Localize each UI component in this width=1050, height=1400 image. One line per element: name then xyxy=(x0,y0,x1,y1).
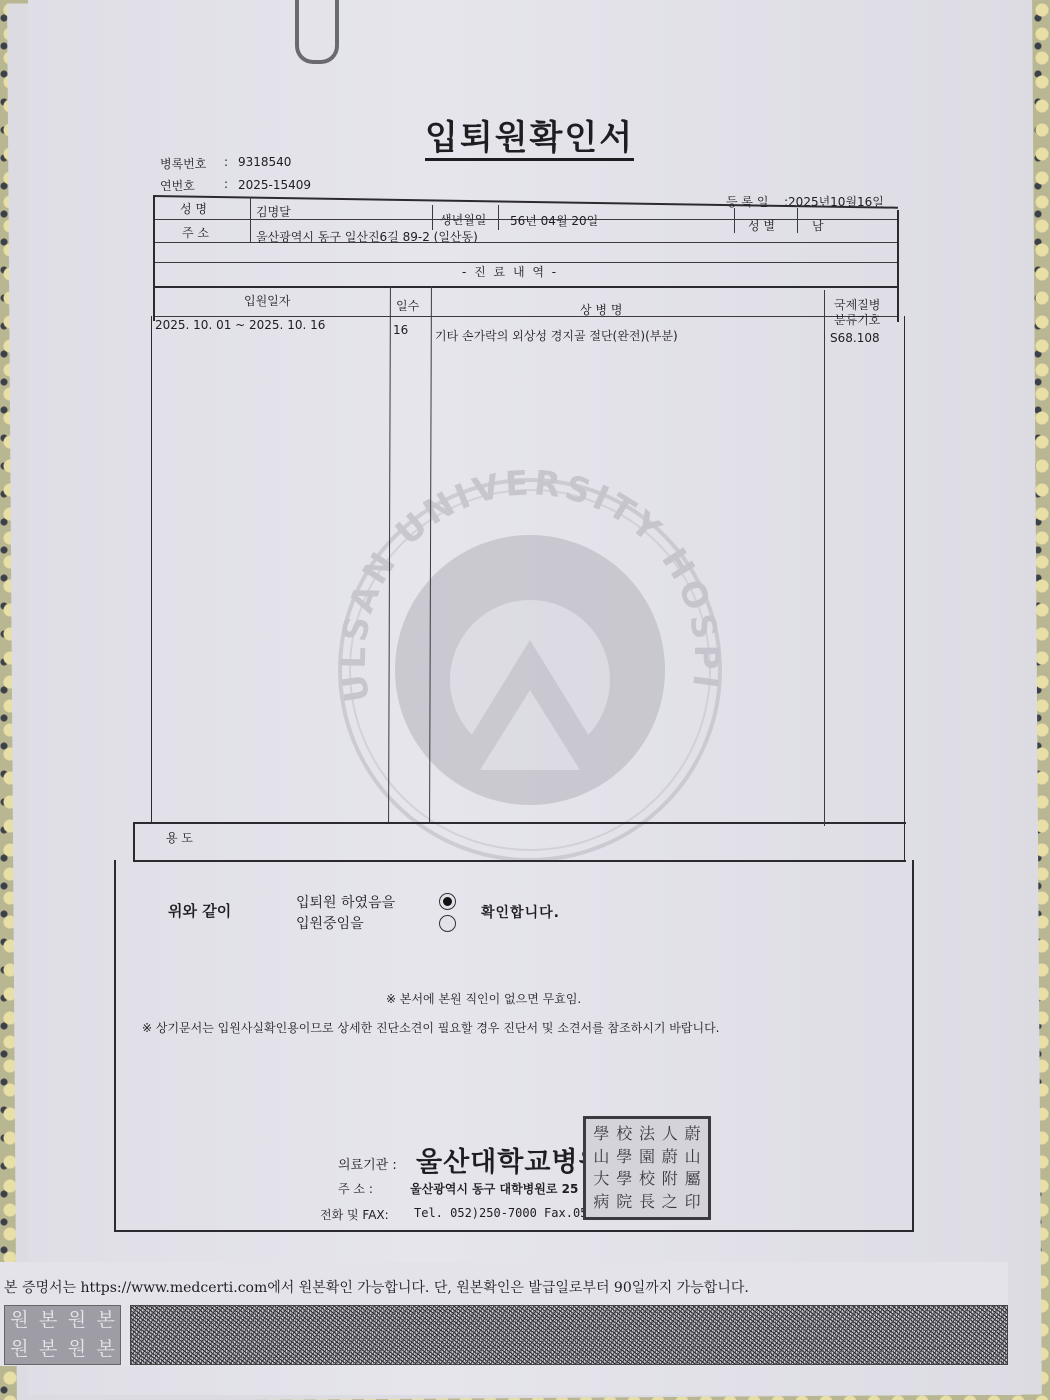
sex-label: 성 별 xyxy=(748,217,775,234)
patient-sex: 남 xyxy=(812,217,824,234)
header-days: 일수 xyxy=(396,297,419,314)
seal-character: 山 xyxy=(681,1146,704,1169)
header-period: 입원일자 xyxy=(244,292,290,309)
seal-character: 園 xyxy=(636,1146,659,1169)
stamp-character: 원 xyxy=(63,1306,92,1335)
stamp-character: 원 xyxy=(5,1335,34,1364)
original-copy-stamp: 원본원본원본원본 xyxy=(4,1305,121,1365)
patient-birth: 56년 04월 20일 xyxy=(510,212,598,229)
serial-label: 연번호 xyxy=(160,177,195,194)
seal-character: 屬 xyxy=(681,1168,704,1191)
stamp-character: 본 xyxy=(91,1306,120,1335)
institution-address-label: 주 소 : xyxy=(338,1180,373,1197)
institution-contact-label: 전화 및 FAX: xyxy=(320,1206,389,1223)
seal-character: 山 xyxy=(590,1146,613,1169)
institution-name-label: 의료기관 : xyxy=(338,1154,397,1173)
seal-character: 學 xyxy=(590,1123,613,1146)
note-seal-required: ※ 본서에 본원 직인이 없으면 무효임. xyxy=(386,990,581,1007)
option-discharged-label: 입퇴원 하였음을 xyxy=(296,892,395,912)
serial-number: 2025-15409 xyxy=(238,178,311,192)
seal-character: 蔚 xyxy=(681,1123,704,1146)
institution-name: 울산대학교병원 xyxy=(416,1140,606,1179)
paperclip xyxy=(295,0,339,64)
seal-character: 學 xyxy=(613,1146,636,1169)
patient-address: 울산광역시 동구 일산진6길 89-2 (일산동) xyxy=(256,228,478,245)
institution-address: 울산광역시 동구 대학병원로 25 xyxy=(410,1180,578,1197)
row-code: S68.108 xyxy=(830,331,880,345)
stamp-character: 원 xyxy=(5,1306,34,1335)
radio-discharged[interactable] xyxy=(439,893,456,910)
seal-character: 蔚 xyxy=(658,1146,681,1169)
serial-colon: : xyxy=(224,177,228,191)
stamp-character: 본 xyxy=(34,1335,63,1364)
birth-label: 생년월일 xyxy=(440,211,486,228)
name-label: 성 명 xyxy=(180,200,207,217)
seal-character: 附 xyxy=(658,1168,681,1191)
patient-name: 김명달 xyxy=(256,203,291,220)
seal-character: 法 xyxy=(636,1123,659,1146)
option-admitted-label: 입원중임을 xyxy=(296,913,364,933)
seal-character: 印 xyxy=(681,1191,704,1214)
confirmation-suffix: 확인합니다. xyxy=(481,902,560,922)
stamp-character: 본 xyxy=(34,1306,63,1335)
seal-character: 病 xyxy=(590,1191,613,1214)
seal-character: 大 xyxy=(590,1168,613,1191)
seal-character: 長 xyxy=(636,1191,659,1214)
header-code-line2: 분류기호 xyxy=(834,311,880,328)
row-diagnosis: 기타 손가락의 외상성 경지골 절단(완전)(부분) xyxy=(435,327,678,344)
record-number: 9318540 xyxy=(238,155,291,169)
purpose-label: 용 도 xyxy=(166,829,193,846)
seal-character: 校 xyxy=(636,1168,659,1191)
radio-admitted[interactable] xyxy=(439,915,456,932)
seal-character: 人 xyxy=(658,1123,681,1146)
row-period: 2025. 10. 01 ~ 2025. 10. 16 xyxy=(155,318,325,332)
address-label: 주 소 xyxy=(182,224,209,241)
seal-character: 院 xyxy=(613,1191,636,1214)
official-seal: 學校法人蔚山學園蔚山大學校附屬病院長之印 xyxy=(583,1116,711,1220)
seal-character: 之 xyxy=(658,1191,681,1214)
treatment-section-title: - 진 료 내 역 - xyxy=(462,263,558,280)
confirmation-prefix: 위와 같이 xyxy=(168,900,231,921)
header-diagnosis: 상 병 명 xyxy=(580,301,622,318)
seal-character: 學 xyxy=(613,1168,636,1191)
stamp-character: 원 xyxy=(63,1335,92,1364)
registration-label: 등 록 일 xyxy=(726,193,768,210)
verification-notice: 본 증명서는 https://www.medcerti.com에서 원본확인 가… xyxy=(4,1277,749,1297)
record-number-label: 병록번호 xyxy=(160,155,206,172)
note-purpose: ※ 상기문서는 입원사실확인용이므로 상세한 진단소견이 필요할 경우 진단서 … xyxy=(142,1019,719,1036)
stamp-character: 본 xyxy=(91,1335,120,1364)
document-title: 입퇴원확인서 xyxy=(425,118,634,161)
row-days: 16 xyxy=(393,323,408,337)
record-number-colon: : xyxy=(224,155,228,169)
verification-barcode xyxy=(130,1305,1008,1365)
seal-character: 校 xyxy=(613,1123,636,1146)
